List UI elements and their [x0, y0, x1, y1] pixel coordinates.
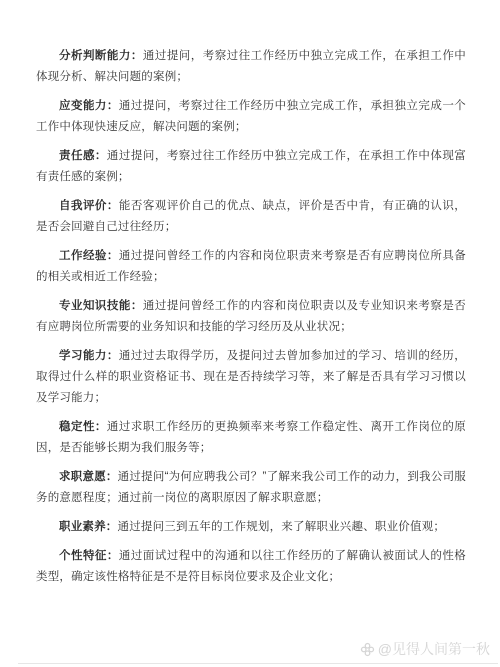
- paragraph-text: 通过提问三到五年的工作规划，来了解职业兴趣、职业价值观；: [118, 521, 446, 533]
- paragraph-label: 分析判断能力：: [59, 50, 143, 62]
- watermark-handle: @见得人间第一秋: [378, 640, 490, 658]
- paragraph-stability: 稳定性：通过求职工作经历的更换频率来考察工作稳定性、离开工作岗位的原因，是否能够…: [36, 417, 466, 459]
- paragraph-label: 应变能力：: [59, 100, 119, 112]
- paragraph-analysis-judgement: 分析判断能力：通过提问，考察过往工作经历中独立完成工作，在承担工作中体现分析、解…: [36, 46, 466, 88]
- document-body: 分析判断能力：通过提问，考察过往工作经历中独立完成工作，在承担工作中体现分析、解…: [0, 0, 500, 588]
- paragraph-job-intention: 求职意愿：通过提问“为何应聘我公司？”了解来我公司工作的动力，到我公司服务的意愿…: [36, 467, 466, 509]
- paragraph-label: 工作经验：: [59, 250, 119, 262]
- paragraph-label: 个性特征：: [59, 550, 119, 562]
- paragraph-personality-traits: 个性特征：通过面试过程中的沟通和以往工作经历的了解确认被面试人的性格类型，确定该…: [36, 546, 466, 588]
- watermark: @见得人间第一秋: [360, 640, 490, 658]
- paragraph-label: 求职意愿：: [59, 471, 118, 483]
- paragraph-label: 稳定性：: [59, 421, 107, 433]
- paragraph-learning-ability: 学习能力：通过过去取得学历，及提问过去曾加参加过的学习、培训的经历，取得过什么样…: [36, 346, 466, 409]
- paragraph-label: 职业素养：: [59, 521, 118, 533]
- paragraph-label: 自我评价：: [59, 200, 119, 212]
- paragraph-adaptability: 应变能力：通过提问，考察过往工作经历中独立完成工作，承担独立完成一个工作中体现快…: [36, 96, 466, 138]
- document-page: 分析判断能力：通过提问，考察过往工作经历中独立完成工作，在承担工作中体现分析、解…: [0, 0, 500, 667]
- paragraph-label: 责任感：: [59, 150, 107, 162]
- paragraph-responsibility: 责任感：通过提问，考察过往工作经历中独立完成工作，在承担工作中体现富有责任感的案…: [36, 146, 466, 188]
- paragraph-label: 专业知识技能：: [59, 300, 143, 312]
- paragraph-professionalism: 职业素养：通过提问三到五年的工作规划，来了解职业兴趣、职业价值观；: [36, 517, 466, 538]
- paragraph-professional-knowledge: 专业知识技能：通过提问曾经工作的内容和岗位职责以及专业知识来考察是否有应聘岗位所…: [36, 296, 466, 338]
- paragraph-self-evaluation: 自我评价：能否客观评价自己的优点、缺点，评价是否中肯，有正确的认识，是否会回避自…: [36, 196, 466, 238]
- bottom-divider: [18, 663, 498, 664]
- paragraph-label: 学习能力：: [59, 350, 119, 362]
- paragraph-work-experience: 工作经验：通过提问曾经工作的内容和岗位职责来考察是否有应聘岗位所具备的相关或相近…: [36, 246, 466, 288]
- clover-logo-icon: [360, 642, 375, 657]
